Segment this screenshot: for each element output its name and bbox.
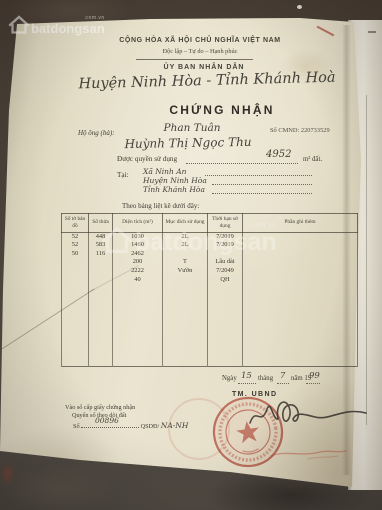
table-cell — [208, 250, 243, 259]
table-cell: 2462 — [113, 250, 163, 259]
location-line: Xã Ninh An — [143, 167, 186, 176]
column-header: Thời hạn sử dụng — [208, 214, 243, 233]
table-cell: 7/2049 — [208, 267, 243, 276]
dotted-line — [205, 174, 312, 176]
table-cell: 2L — [163, 241, 208, 250]
table-cell: 52 — [62, 241, 89, 250]
table-cell — [243, 250, 358, 259]
location-label: Tại: — [117, 171, 129, 179]
table-cell: Vườn — [163, 267, 208, 276]
table-filler-row — [62, 284, 358, 367]
column-header: Diện tích (m²) — [113, 214, 163, 233]
land-table-body: 5244810302L7/20195258314602L7/2019501162… — [62, 232, 358, 367]
table-cell: 2222 — [113, 267, 163, 276]
table-cell: QH — [208, 276, 243, 285]
table-row: 5244810302L7/2019 — [62, 232, 358, 241]
registry-line-1: Vào sổ cấp giấy chứng nhận — [65, 404, 135, 411]
table-cell — [62, 258, 89, 267]
table-cell — [243, 241, 358, 250]
table-cell — [89, 267, 113, 276]
table-cell — [243, 276, 358, 285]
national-header: CỘNG HÒA XÃ HỘI CHỦ NGHĨA VIỆT NAM — [119, 37, 280, 44]
table-cell: 2L — [163, 232, 208, 241]
table-cell: 1030 — [113, 232, 163, 241]
holder-name-1: Phan Tuân — [164, 122, 221, 134]
area-value: 4952 — [266, 149, 291, 160]
dotted-line — [212, 183, 312, 185]
holder-name-2: Huỳnh Thị Ngọc Thu — [124, 135, 251, 151]
table-cell — [243, 258, 358, 267]
table-cell: 50 — [62, 250, 89, 259]
red-handwritten-note — [268, 444, 350, 462]
table-cell: 448 — [89, 232, 113, 241]
table-cell — [243, 232, 358, 241]
national-motto: Độc lập – Tự do – Hạnh phúc — [163, 48, 238, 55]
location-line: Tỉnh Khánh Hòa — [143, 185, 205, 194]
dotted-line — [306, 382, 320, 384]
holder-label: Hộ ông (bà): — [78, 129, 115, 137]
date-word-month: tháng — [258, 375, 273, 382]
dotted-line — [238, 382, 256, 384]
table-row: 200TLâu dài — [62, 258, 358, 267]
table-cell: 116 — [89, 250, 113, 259]
table-cell: 200 — [113, 258, 163, 267]
column-header: Mục đích sử dụng — [163, 214, 208, 233]
dotted-line — [212, 192, 312, 194]
table-row: 40QH — [62, 276, 358, 285]
column-header: Phần ghi thêm — [243, 214, 358, 233]
date-word-day: Ngày — [222, 375, 237, 382]
table-cell — [89, 258, 113, 267]
table-intro: Theo bảng liệt kê dưới đây: — [122, 202, 199, 210]
column-header: Số tờ bản đồ — [62, 214, 89, 233]
table-cell — [163, 276, 208, 285]
table-cell: 7/2019 — [208, 232, 243, 241]
motto-underline — [136, 59, 253, 60]
id-number: Số CMND: 220733529 — [270, 127, 330, 134]
area-unit: m² đất. — [303, 156, 322, 163]
issuer-handwritten: Huyện Ninh Hòa - Tỉnh Khánh Hoà — [78, 70, 336, 93]
registry-book-number: 00896 — [95, 416, 119, 425]
column-header: Số thửa — [89, 214, 113, 233]
registry-number-label: Số — [73, 423, 80, 430]
photographed-land-certificate: CỘNG HÒA XÃ HỘI CHỦ NGHĨA VIỆT NAM Độc l… — [0, 0, 382, 510]
date-month: 7 — [280, 371, 285, 381]
dotted-line — [186, 162, 298, 164]
land-parcel-table: Số tờ bản đồSố thửaDiện tích (m²)Mục đíc… — [61, 213, 358, 367]
table-cell: 583 — [89, 241, 113, 250]
land-table-header-row: Số tờ bản đồSố thửaDiện tích (m²)Mục đíc… — [62, 214, 358, 233]
table-cell: T — [163, 258, 208, 267]
location-line: Huyện Ninh Hòa — [143, 176, 207, 185]
issuer-line: ỦY BAN NHÂN DÂN — [164, 64, 245, 71]
table-cell — [89, 276, 113, 285]
table-cell: 52 — [62, 232, 89, 241]
grant-label: Được quyền sử dụng — [117, 155, 177, 163]
certificate-title: CHỨNG NHẬN — [169, 103, 274, 117]
table-cell: 1460 — [113, 241, 163, 250]
signature-ink — [246, 396, 371, 436]
registry-doc-code: QSDĐ/ — [141, 423, 160, 430]
table-cell — [62, 267, 89, 276]
table-cell: Lâu dài — [208, 258, 243, 267]
table-cell: 40 — [113, 276, 163, 285]
table-cell — [62, 276, 89, 285]
table-row: 5258314602L7/2019 — [62, 241, 358, 250]
table-cell — [243, 267, 358, 276]
table-row: 2222Vườn7/2049 — [62, 267, 358, 276]
date-year: 99 — [309, 371, 320, 381]
date-day: 15 — [241, 371, 252, 381]
table-cell: 7/2019 — [208, 241, 243, 250]
table-row: 501162462 — [62, 250, 358, 259]
table-cell — [163, 250, 208, 259]
